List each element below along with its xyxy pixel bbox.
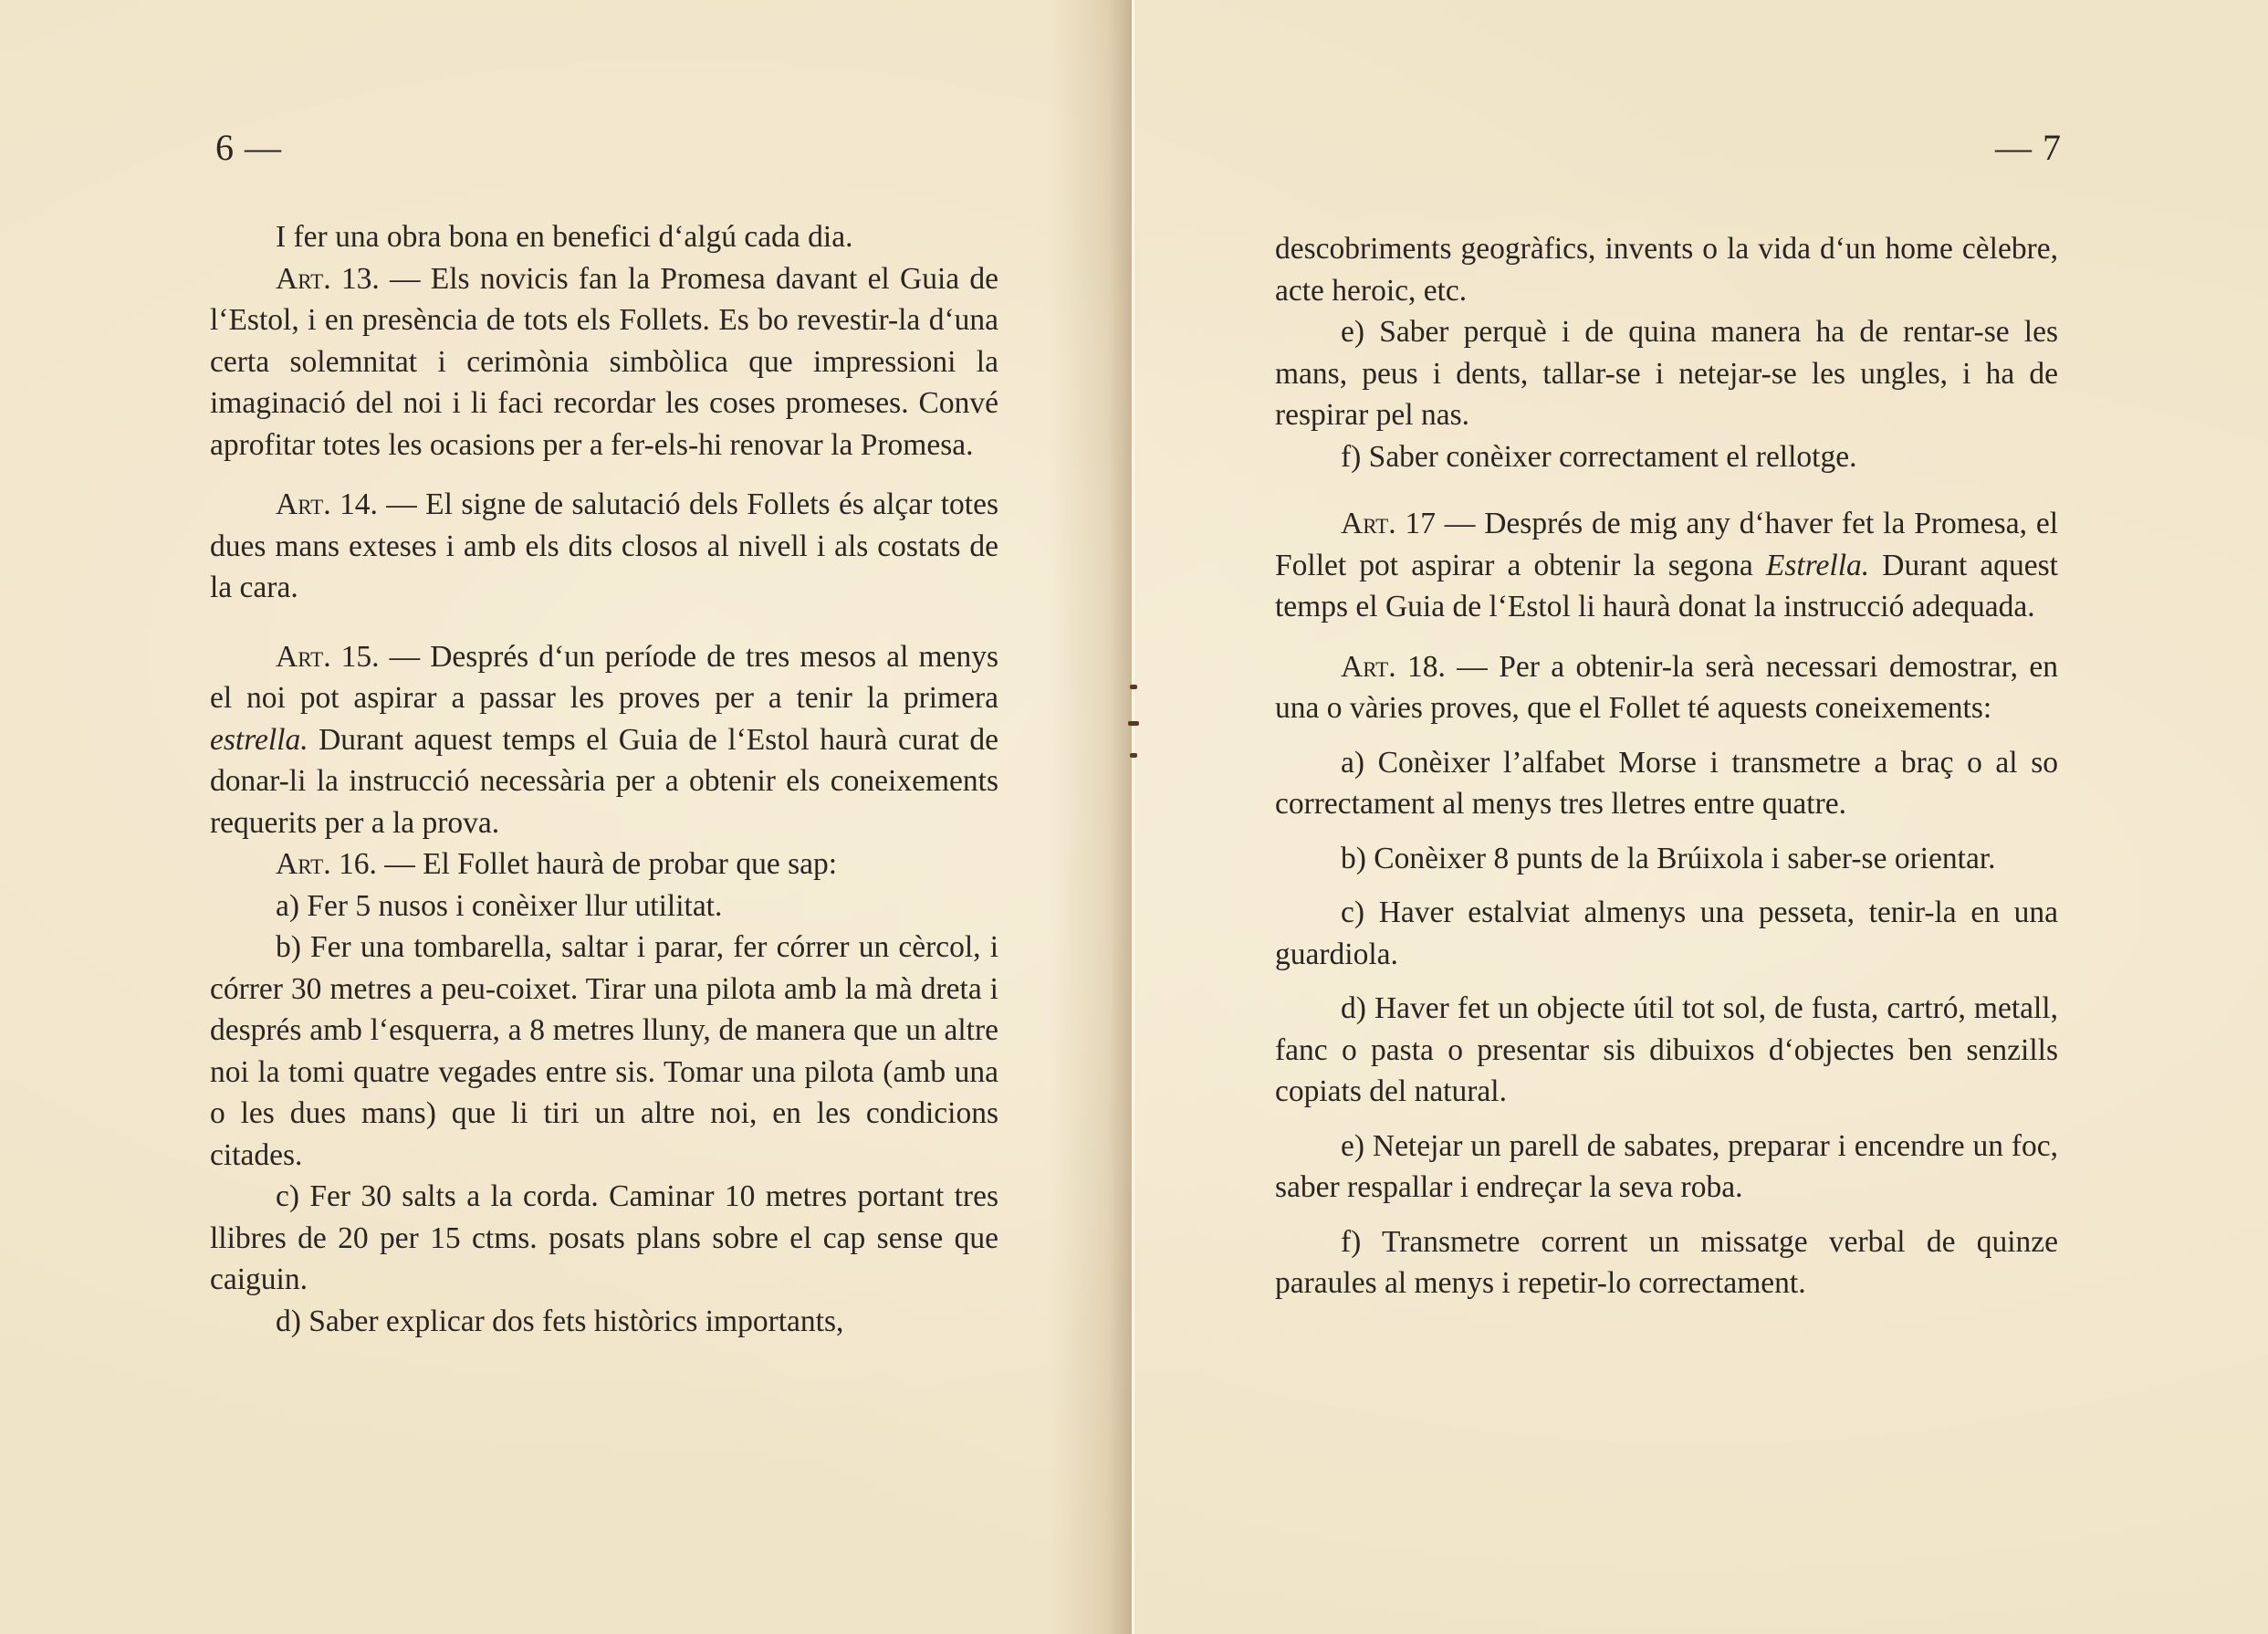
article-italic-term: Estrella. [1766, 549, 1869, 582]
article-number: 13. [341, 262, 380, 296]
article-label: Art. [276, 262, 331, 296]
article-15: Art. 15. — Després d‘un període de tres … [210, 636, 998, 844]
paragraph: I fer una obra bona en benefici d‘algú c… [210, 216, 998, 258]
article-13: Art. 13. — Els novicis fan la Promesa da… [210, 258, 998, 466]
article-italic-term: estrella. [210, 723, 308, 757]
article-16: Art. 16. — El Follet haurà de probar que… [210, 843, 998, 885]
right-text-block: descobriments geogràfics, invents o la v… [1275, 228, 2058, 1304]
list-item-f: f) Saber conèixer correctament el rellot… [1275, 436, 2058, 478]
article-number: 15. [341, 640, 380, 674]
article-number: 18. [1407, 650, 1446, 684]
paragraph-continuation: descobriments geogràfics, invents o la v… [1275, 228, 2058, 311]
article-number: 16. [339, 847, 377, 881]
left-text-block: I fer una obra bona en benefici d‘algú c… [210, 216, 998, 1342]
left-page: 6 — I fer una obra bona en benefici d‘al… [0, 0, 1132, 1634]
article-text: Durant aquest temps el Guia de l‘Estol h… [210, 723, 998, 840]
article-label: Art. [1341, 507, 1396, 540]
article-text: — El Follet haurà de probar que sap: [377, 847, 837, 881]
list-item-f: f) Transmetre corrent un missatge verbal… [1275, 1221, 2058, 1304]
list-item-a: a) Fer 5 nusos i conèixer llur utilitat. [210, 885, 998, 927]
article-label: Art. [276, 487, 331, 521]
list-item-b: b) Conèixer 8 punts de la Brúixola i sab… [1275, 838, 2058, 880]
page-number-left: 6 — [215, 126, 282, 169]
article-14: Art. 14. — El signe de salutació dels Fo… [210, 484, 998, 609]
article-label: Art. [1341, 650, 1396, 684]
list-item-e: e) Saber perquè i de quina manera ha de … [1275, 311, 2058, 436]
page-number-right: — 7 [1995, 126, 2062, 169]
article-label: Art. [276, 847, 331, 881]
list-item-b: b) Fer una tombarella, saltar i parar, f… [210, 927, 998, 1176]
list-item-d: d) Saber explicar dos fets històrics imp… [210, 1301, 998, 1343]
article-label: Art. [276, 640, 331, 674]
list-item-d: d) Haver fet un objecte útil tot sol, de… [1275, 988, 2058, 1113]
book-spread: 6 — I fer una obra bona en benefici d‘al… [0, 0, 2268, 1634]
list-item-e: e) Netejar un parell de sabates, prepara… [1275, 1126, 2058, 1209]
list-item-a: a) Conèixer l’alfabet Morse i transmetre… [1275, 742, 2058, 825]
article-17: Art. 17 — Després de mig any d‘haver fet… [1275, 503, 2058, 628]
article-18: Art. 18. — Per a obtenir-la serà necessa… [1275, 646, 2058, 729]
article-number: 14. [340, 487, 378, 521]
list-item-c: c) Haver estalviat almenys una pesseta, … [1275, 892, 2058, 975]
list-item-c: c) Fer 30 salts a la corda. Caminar 10 m… [210, 1176, 998, 1301]
article-number: 17 [1405, 507, 1436, 540]
